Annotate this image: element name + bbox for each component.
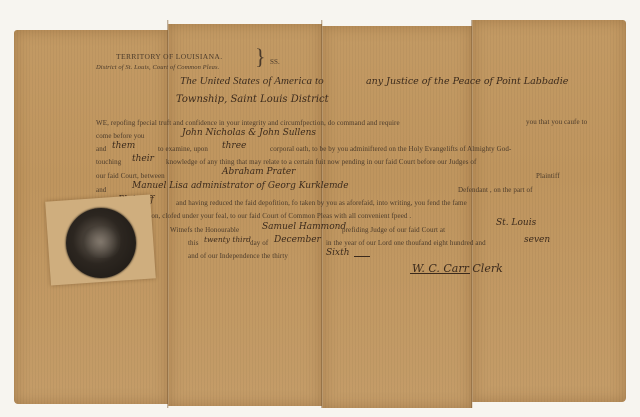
body-line-1: WE, repofing fpecial truft and confidenc… (96, 119, 400, 127)
brace: } (255, 46, 266, 68)
deponents-handwritten: John Nicholas & John Sullens (182, 128, 316, 138)
territory-heading: TERRITORY OF LOUISIANA. (116, 52, 223, 61)
body-line-6b: Defendant , on the part of (458, 186, 533, 194)
court-seal-icon (66, 208, 136, 278)
them-handwritten: them (112, 141, 135, 151)
addressee-handwritten: any Justice of the Peace of Point Labbad… (366, 76, 568, 87)
body-line-9: Witnefs the Honourable (170, 226, 239, 234)
body-line-10c: in the year of our Lord one thoufand eig… (326, 239, 486, 247)
body-line-5: our faid Court, between (96, 172, 165, 180)
district-heading: District of St. Louis, Court of Common P… (96, 64, 219, 71)
body-line-9b: prefiding Judge of our faid Court at (342, 226, 445, 234)
underline (354, 256, 370, 257)
township-handwritten: Township, Saint Louis District (176, 94, 329, 105)
three-handwritten: three (222, 141, 246, 151)
ss-label: SS. (270, 58, 280, 66)
body-line-11: and of our Independence the thirty (188, 252, 288, 260)
day-handwritten: twenty third (204, 235, 251, 244)
defendant-handwritten: Manuel Lisa administrator of Georg Kurkl… (132, 181, 349, 191)
their-handwritten: their (132, 154, 154, 164)
body-line-10b: day of (250, 239, 268, 247)
body-line-2: come before you (96, 132, 145, 140)
plaintiff-label: Plaintiff (536, 172, 560, 180)
body-line-7b: and having reduced the faid depofition, … (176, 199, 467, 207)
body-line-3a: and (96, 145, 106, 153)
judge-handwritten: Samuel Hammond (262, 222, 346, 232)
year-handwritten: seven (524, 235, 550, 245)
body-line-3b: to examine, upon (158, 145, 208, 153)
document-title: The United States of America to (180, 75, 324, 87)
signature-underline (410, 273, 470, 274)
month-handwritten: December (274, 235, 321, 245)
body-line-1-right: you that you caufe to (526, 118, 587, 126)
body-line-10a: this (188, 239, 199, 247)
body-line-3c: corporal oath, to be by you adminiftered… (270, 145, 511, 153)
body-line-4a: touching (96, 158, 121, 166)
body-line-4b: knowledge of any thing that may relate t… (166, 158, 476, 166)
place-handwritten: St. Louis (496, 218, 536, 228)
body-line-6a: and (96, 186, 106, 194)
plaintiff-handwritten: Abraham Prater (222, 167, 295, 177)
independence-handwritten: Sixth (326, 248, 350, 258)
